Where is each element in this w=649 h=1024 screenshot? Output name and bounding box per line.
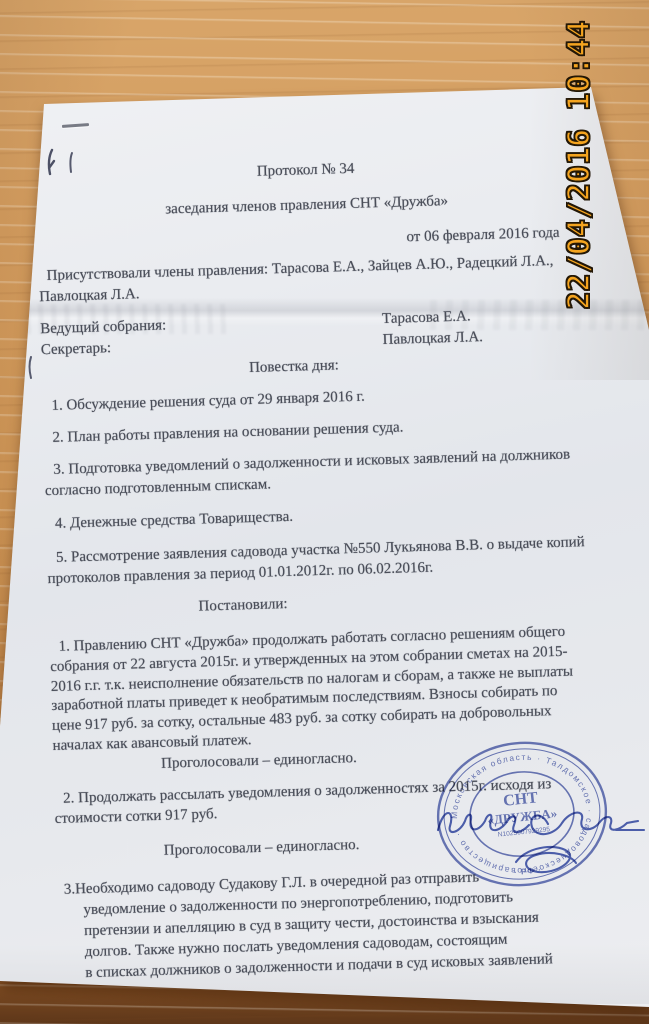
chair-name: Тарасова Е.А. — [382, 306, 471, 330]
protocol-title: Протокол № 34 — [35, 152, 575, 189]
protocol-subtitle: заседания членов правления СНТ «Дружба» — [36, 187, 576, 224]
agenda-item-3: 3. Подготовка уведомлений о задолженност… — [44, 443, 617, 502]
attendees-line: Присутствовали члены правления: Тарасова… — [38, 249, 611, 308]
agenda-item-5: 5. Рассмотрение заявления садовода участ… — [47, 531, 620, 590]
agenda-item-4: 4. Денежные средства Товарищества. — [46, 497, 618, 535]
secretary-label: Секретарь: — [41, 340, 112, 358]
agenda-item-2: 2. План работы правления на основании ре… — [43, 411, 615, 449]
camera-timestamp-overlay: 22/04/2016 10:44 — [552, 15, 608, 315]
resolutions-heading: Постановили: — [198, 584, 620, 618]
agenda-item-1: 1. Обсуждение решения суда от 29 января … — [42, 379, 614, 417]
secretary-name: Павлоцкая Л.А. — [382, 327, 483, 351]
chair-label: Ведущий собрания: — [40, 317, 166, 337]
photo-scene: Протокол № 34 заседания членов правления… — [0, 0, 649, 1024]
signature-ink — [420, 788, 649, 883]
